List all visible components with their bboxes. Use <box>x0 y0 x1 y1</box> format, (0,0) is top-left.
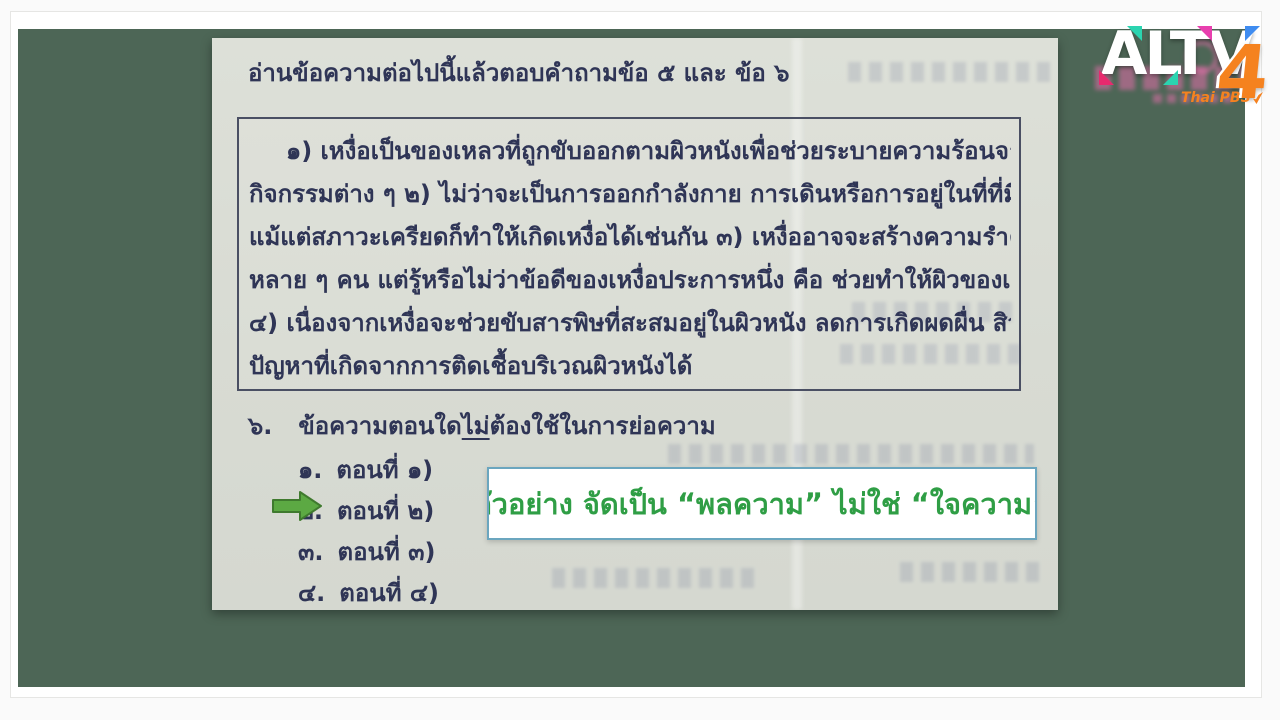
choice-label: ตอนที่ ๒) <box>337 491 434 530</box>
choice-1: ๑. ตอนที่ ๑) <box>298 450 433 489</box>
question-number: ๖. <box>248 406 272 445</box>
choice-4: ๔. ตอนที่ ๔) <box>298 573 439 610</box>
instruction-text: อ่านข้อความต่อไปนี้แล้วตอบคำถามข้อ ๕ และ… <box>248 53 1038 89</box>
choice-label: ตอนที่ ๑) <box>336 450 433 489</box>
question-text: ข้อความตอนใดไม่ต้องใช้ในการย่อความ <box>298 406 715 445</box>
choice-label: ตอนที่ ๓) <box>338 532 436 571</box>
bleed-through-text <box>668 444 1034 464</box>
question-6: ๖. ข้อความตอนใดไม่ต้องใช้ในการย่อความ <box>248 406 716 445</box>
bleed-through-text <box>552 568 760 588</box>
underlined-word: ไม่ <box>462 412 490 440</box>
thai-pbs-label: Thai PBS <box>1181 90 1251 106</box>
callout-text: ตัวอย่าง จัดเป็น “พลความ” ไม่ใช่ “ใจความ… <box>487 481 1037 527</box>
passage-line: ๔) เนื่องจากเหงื่อจะช่วยขับสารพิษที่สะสม… <box>249 302 1011 345</box>
passage-box: ๑) เหงื่อเป็นของเหลวที่ถูกขับออกตามผิวหน… <box>237 117 1021 391</box>
teacher-callout-box: ตัวอย่าง จัดเป็น “พลความ” ไม่ใช่ “ใจความ… <box>487 467 1037 540</box>
passage-line: ๑) เหงื่อเป็นของเหลวที่ถูกขับออกตามผิวหน… <box>249 130 1011 173</box>
video-frame: อ่านข้อความต่อไปนี้แล้วตอบคำถามข้อ ๕ และ… <box>0 0 1280 720</box>
passage-line: กิจกรรมต่าง ๆ ๒) ไม่ว่าจะเป็นการออกกำลัง… <box>249 173 1011 216</box>
passage-line: ปัญหาที่เกิดจากการติดเชื้อบริเวณผิวหนังไ… <box>249 345 1011 388</box>
worksheet-paper: อ่านข้อความต่อไปนี้แล้วตอบคำถามข้อ ๕ และ… <box>212 38 1058 610</box>
altv-logo: ALTV 4 Thai PBS <box>1093 18 1273 110</box>
answer-arrow-icon <box>272 490 322 522</box>
choice-3: ๓. ตอนที่ ๓) <box>298 532 436 571</box>
passage-line: หลาย ๆ คน แต่รู้หรือไม่ว่าข้อดีของเหงื่อ… <box>249 259 1011 302</box>
bleed-through-text <box>900 562 1040 582</box>
passage-line: แม้แต่สภาวะเครียดก็ทำให้เกิดเหงื่อได้เช่… <box>249 216 1011 259</box>
choice-label: ตอนที่ ๔) <box>339 573 439 610</box>
